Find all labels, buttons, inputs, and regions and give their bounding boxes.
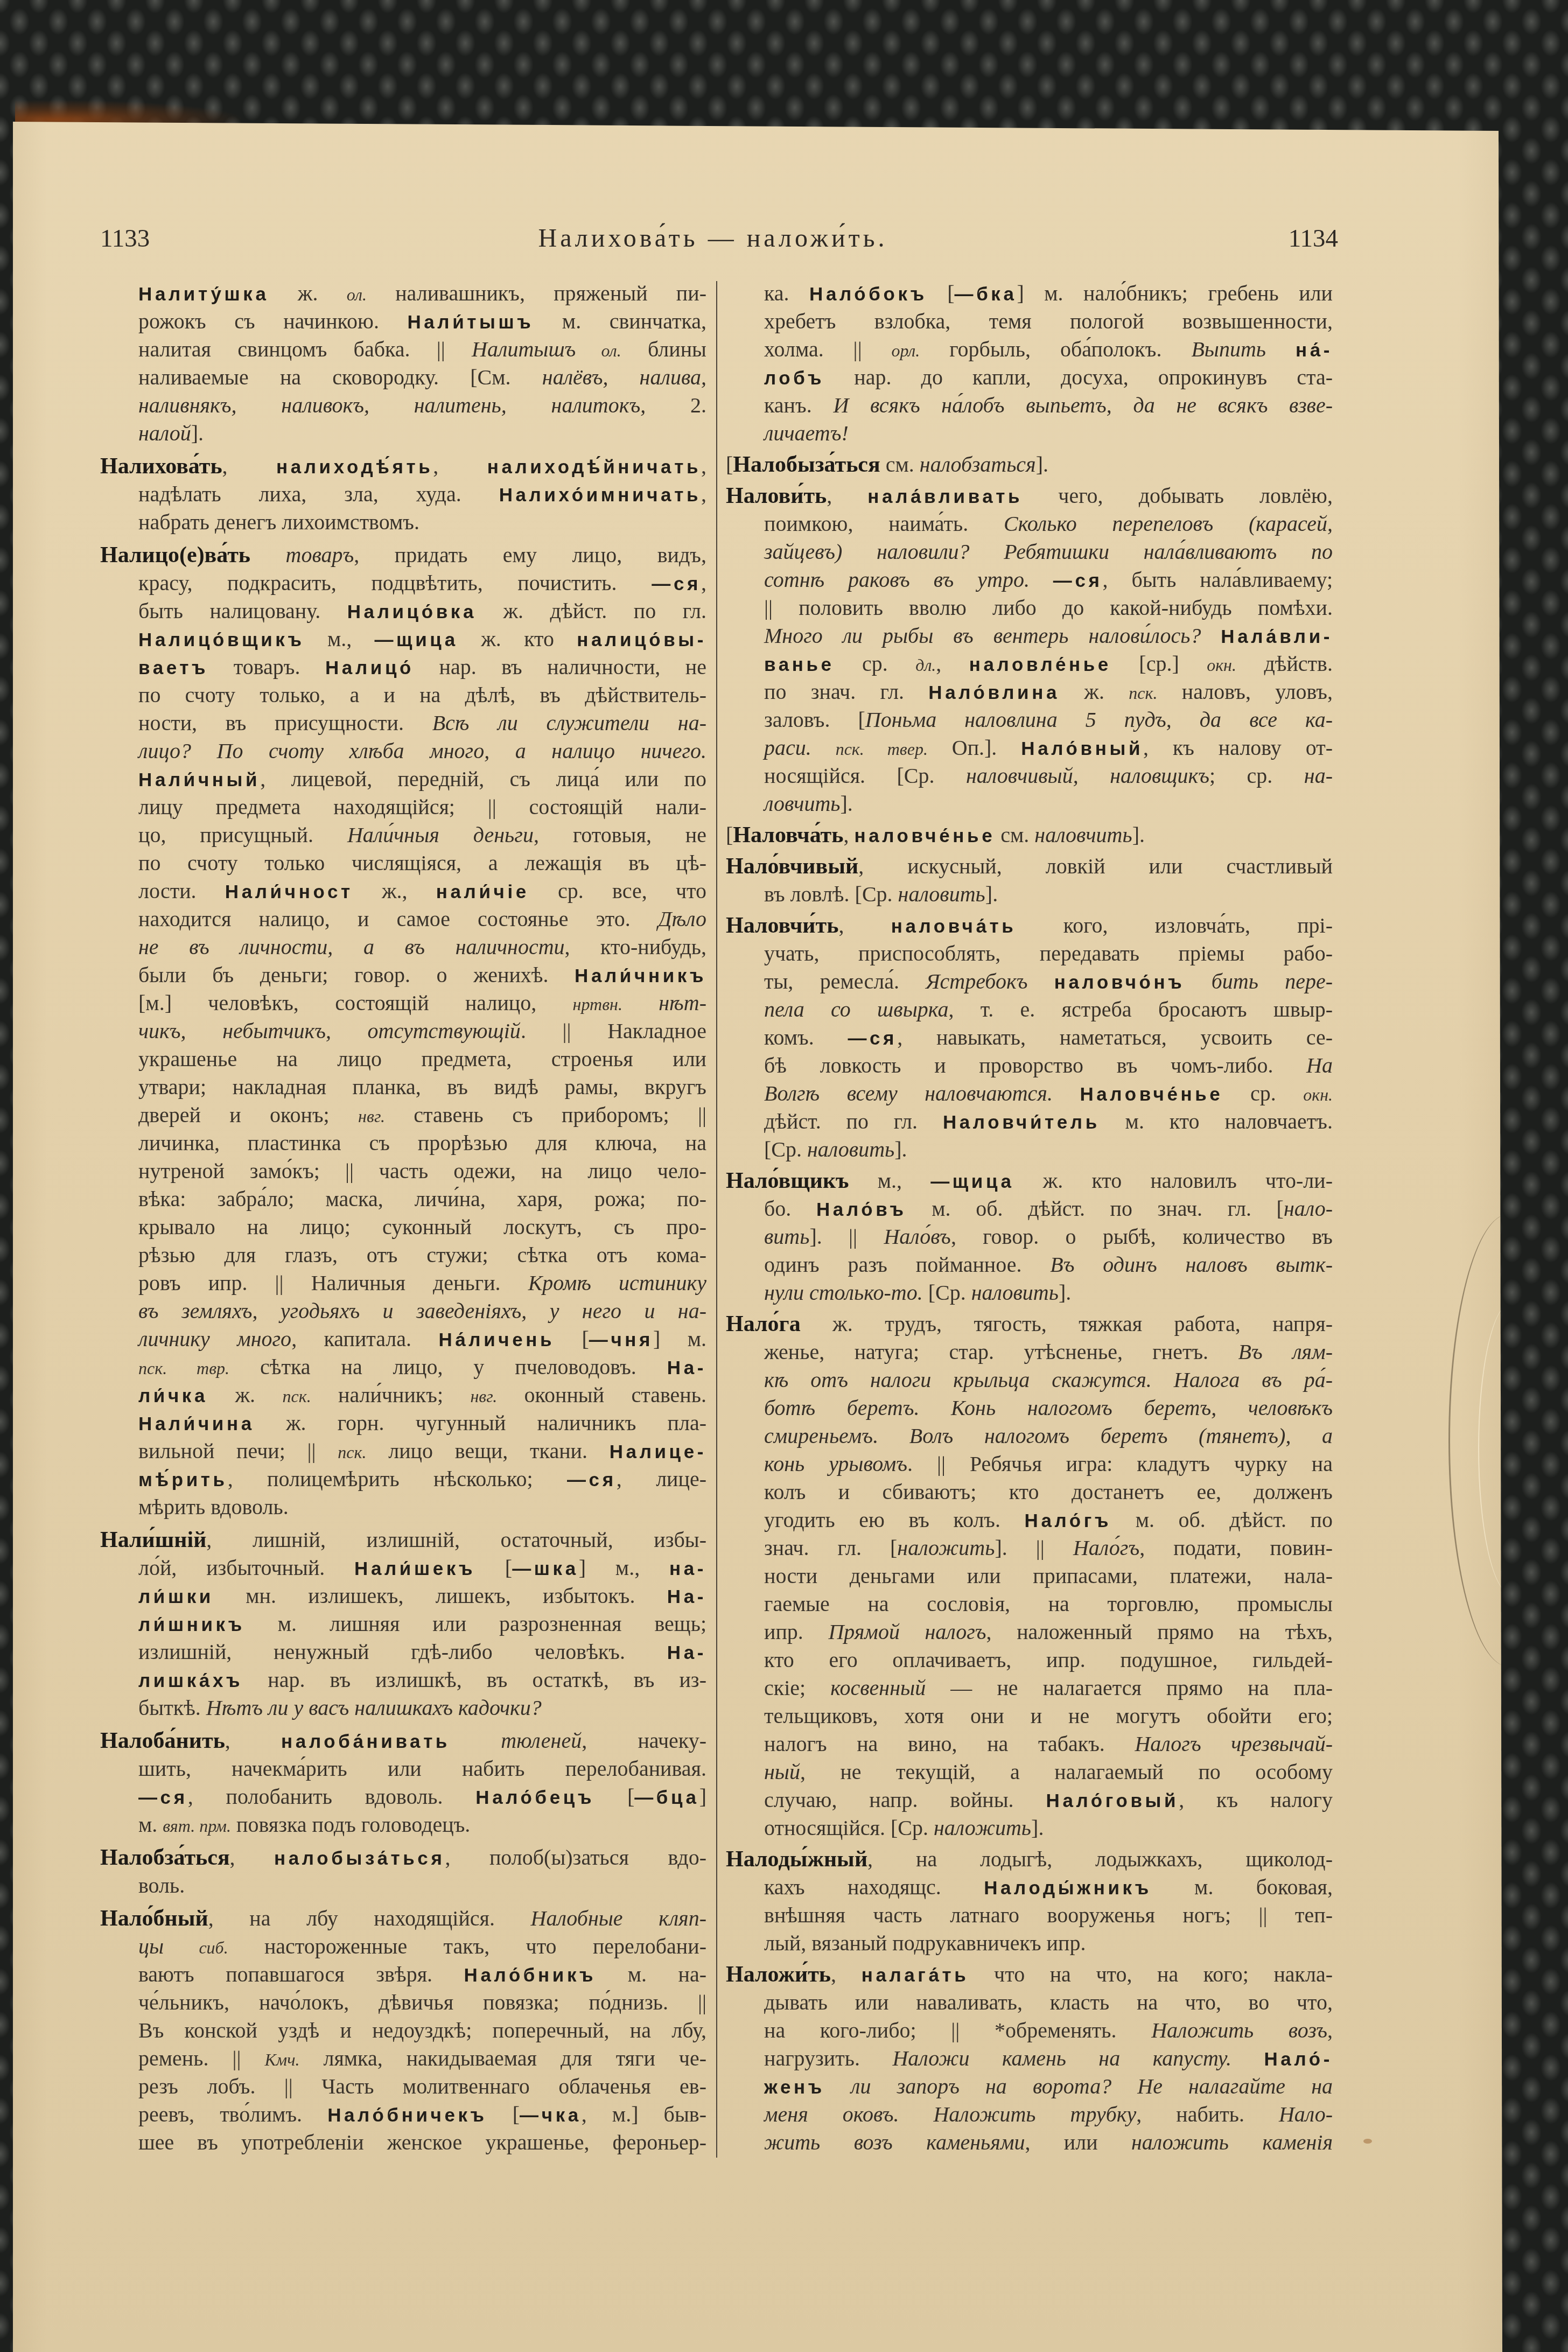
headword: Налоба́нить — [100, 1728, 225, 1753]
sub-headword: Нало́гъ — [1025, 1510, 1112, 1531]
italic-text: бить пере- — [1212, 969, 1333, 993]
text-line: налогъ на вино, на табакъ. Налогъ чрезвы… — [726, 1730, 1333, 1758]
text-line: сотнѣ раковъ въ утро. —ся, быть нала́вли… — [726, 566, 1333, 594]
body-text: , — [701, 482, 706, 506]
italic-text: Налобные кляп- — [531, 1906, 706, 1930]
sub-headword: лишка́хъ — [138, 1670, 243, 1691]
body-text: . || Ребячья игра: кладутъ чурку на — [907, 1452, 1333, 1476]
body-text: тельщиковъ, хотя они и не могутъ обойти … — [764, 1704, 1333, 1728]
text-line: [м.] человѣкъ, состоящій налицо, нртвн. … — [100, 989, 706, 1017]
body-text: ремень. || — [138, 2046, 264, 2070]
text-line: по счоту только, а и на дѣлѣ, въ дѣйстви… — [100, 681, 706, 709]
italic-text: меня оковъ. Наложить трубку — [764, 2102, 1136, 2126]
body-text: повязка подъ головодецъ. — [231, 1812, 470, 1837]
text-line: ка. Нало́бокъ [—бка] м. нало́бникъ; греб… — [726, 279, 1333, 307]
text-line: конь урывомъ. || Ребячья игра: кладутъ ч… — [726, 1450, 1333, 1478]
text-line: колъ и сбиваютъ; кто достанетъ ее, долже… — [726, 1478, 1333, 1506]
sub-headword: налиходѣ́ять — [276, 457, 433, 478]
italic-text: Выпить — [1191, 337, 1266, 361]
body-text: м. на- — [596, 1962, 706, 1986]
text-line: дверей и оконъ; нвг. ставень съ прибором… — [100, 1101, 706, 1129]
sub-headword: налиходѣ́йничать — [487, 457, 701, 478]
body-text: ставень съ приборомъ; || — [385, 1103, 706, 1127]
text-line: Нало́бный, на лбу находящійся. Налобные … — [100, 1905, 706, 1933]
sub-headword: Нало́бокъ — [809, 284, 927, 305]
body-text: , подати, повин- — [1139, 1536, 1333, 1560]
text-line: личинка, пластинка съ прорѣзью для ключа… — [100, 1129, 706, 1157]
body-text: ж. — [1060, 680, 1129, 704]
abbreviation: пск. твер. — [836, 739, 928, 759]
body-text: знач. гл. [ — [764, 1536, 897, 1560]
text-line: были бъ деньги; говор. о женихѣ. Нали́чн… — [100, 961, 706, 989]
text-line: по счоту только числящіяся, а лежащія въ… — [100, 849, 706, 877]
text-line: относящійся. [Ср. наложить]. — [726, 1814, 1333, 1842]
body-text — [1231, 2046, 1264, 2070]
sub-headword: —щица — [930, 1171, 1014, 1192]
text-line: Нали́чина ж. горн. чугунный наличникъ пл… — [100, 1409, 706, 1437]
dictionary-entry: Наловчи́ть, наловча́ть кого, изловча́ть,… — [726, 912, 1333, 1164]
body-text: въ ловлѣ. [Ср. — [764, 882, 898, 906]
dictionary-entry: [Налобыза́ться см. налобзаться]. — [726, 451, 1333, 479]
sub-headword: —ся — [138, 1787, 188, 1808]
body-text: ]. — [191, 421, 204, 445]
column-divider — [716, 281, 717, 2158]
text-line: Налоды́жный, на лодыгѣ, лодыжкахъ, щикол… — [726, 1845, 1333, 1873]
text-line: шее въ употребленіи женское украшенье, ф… — [100, 2129, 706, 2157]
text-line: Много ли рыбы въ вентерь налови́лось? На… — [726, 622, 1333, 650]
text-line: ванье ср. дл., наловле́нье [ср.] окн. дѣ… — [726, 650, 1333, 678]
body-text: относящійся. [Ср. — [764, 1816, 934, 1840]
body-text: дѣйств. — [1236, 652, 1333, 676]
body-text: см. — [995, 823, 1034, 847]
body-text — [811, 736, 836, 760]
italic-text: налобзаться — [920, 452, 1036, 477]
body-text: — не налагается прямо на пла- — [926, 1676, 1333, 1700]
text-line: лишка́хъ нар. въ излишкѣ, въ остаткѣ, въ… — [100, 1666, 706, 1694]
text-line: на кого-либо; || *обременять. Наложить в… — [726, 2017, 1333, 2045]
italic-text: вить — [764, 1224, 809, 1249]
text-line: комъ. —ся, навыкать, наметаться, усвоить… — [726, 1024, 1333, 1052]
italic-text: сотнѣ раковъ въ утро. — [764, 568, 1030, 592]
italic-text: Нало́гъ — [1073, 1536, 1139, 1560]
body-text: наливашникъ, пряженый пи- — [367, 281, 706, 305]
body-text: ]. — [1059, 1280, 1071, 1305]
body-text: мн. излишекъ, лишекъ, избытокъ. — [214, 1584, 667, 1608]
abbreviation: окн. — [1207, 655, 1236, 675]
text-line: ли́шки мн. излишекъ, лишекъ, избытокъ. Н… — [100, 1582, 706, 1610]
italic-text: ный — [764, 1760, 800, 1784]
body-text: м. — [138, 1812, 163, 1837]
text-line: Налиту́шка ж. ол. наливашникъ, пряженый … — [100, 279, 706, 307]
body-text: , — [936, 652, 969, 676]
dictionary-entry: Налови́ть, нала́вливать чего, добывать л… — [726, 482, 1333, 818]
body-text: лицо вещи, ткани. — [367, 1439, 610, 1463]
body-text: излишній, ненужный гдѣ-либо человѣкъ. — [138, 1640, 667, 1664]
italic-text: лицо? По счоту хлѣба много, а налицо нич… — [138, 739, 706, 763]
body-text: ] м., — [579, 1556, 669, 1580]
page-crease-highlight — [1478, 1303, 1544, 1594]
text-line: [Налобыза́ться см. налобзаться]. — [726, 451, 1333, 479]
body-text: [Ср. — [923, 1280, 971, 1305]
sub-headword: —ся — [848, 1028, 897, 1049]
text-line: знач. гл. [наложить]. || Нало́гъ, подати… — [726, 1534, 1333, 1562]
text-line: надѣлать лиха, зла, худа. Налихо́имничат… — [100, 480, 706, 508]
text-line: нагрузить. Наложи камень на капусту. Нал… — [726, 2045, 1333, 2073]
text-line: дѣйст. по гл. Наловчи́тель м. кто наловч… — [726, 1108, 1333, 1136]
body-text: , не текущій, а налагаемый по особому — [800, 1760, 1333, 1784]
text-line: ботѣ беретъ. Конь налогомъ беретъ, челов… — [726, 1394, 1333, 1422]
text-line: Налицо́вщикъ м., —щица ж. кто налицо́вы- — [100, 625, 706, 653]
body-text: ж. — [269, 281, 347, 305]
text-line: резъ лобъ. || Часть молитвеннаго облачен… — [100, 2073, 706, 2101]
text-line: быткѣ. Нѣтъ ли у васъ налишкахъ кадочки? — [100, 1694, 706, 1722]
body-text: Въ конской уздѣ и недоуздкѣ; поперечный,… — [138, 2018, 706, 2042]
body-text: нали́чникъ; — [311, 1383, 471, 1407]
body-text: мѣрить вдоволь. — [138, 1495, 289, 1519]
sub-headword: мѣ́рить — [138, 1469, 228, 1490]
body-text: ] — [699, 1784, 706, 1809]
sub-headword: Налицо́вщикъ — [138, 629, 305, 650]
text-line: Нали́шній, лишній, излишній, остаточный,… — [100, 1526, 706, 1554]
text-line: пела со швырка, т. е. ястреба бросаютъ ш… — [726, 996, 1333, 1024]
italic-text: наловчивый, наловщикъ — [966, 764, 1209, 788]
body-text: ж. кто наловилъ что-ли- — [1014, 1168, 1333, 1193]
italic-text: пела со швырка — [764, 997, 948, 1021]
body-text: ]. — [1031, 1816, 1044, 1840]
text-line: быть налицовану. Налицо́вка ж. дѣйст. по… — [100, 597, 706, 625]
text-line: меня оковъ. Наложить трубку, набить. Нал… — [726, 2101, 1333, 2129]
sub-headword: женъ — [764, 2077, 825, 2098]
sub-headword: Нало́бничекъ — [327, 2105, 487, 2126]
text-line: [Наловча́ть, наловче́нье см. наловчить]. — [726, 821, 1333, 849]
text-line: рѣзью для глазъ, отъ стужи; сѣтка отъ ко… — [100, 1241, 706, 1269]
italic-text: личаетъ! — [764, 421, 849, 445]
left-column: Налиту́шка ж. ол. наливашникъ, пряженый … — [100, 279, 706, 2157]
body-text: реевъ, тво́лимъ. — [138, 2102, 327, 2126]
body-text — [1027, 969, 1054, 993]
body-text: случаю, напр. войны. — [764, 1788, 1046, 1812]
body-text: , начеку- — [582, 1728, 706, 1753]
body-text: [ — [555, 1327, 589, 1351]
text-line: Налицо(е)ва́ть товаръ, придать ему лицо,… — [100, 541, 706, 569]
italic-text: цы — [138, 1934, 164, 1958]
text-line: красу, подкрасить, подцвѣтить, почистить… — [100, 569, 706, 597]
body-text: ваютъ попавшагося звѣря. — [138, 1962, 464, 1986]
text-line: тельщиковъ, хотя они и не могутъ обойти … — [726, 1702, 1333, 1730]
sub-headword: —ся — [567, 1469, 617, 1490]
body-text: личинка, пластинка съ прорѣзью для ключа… — [138, 1131, 706, 1155]
body-text: лямка, накидываемая для тяги че- — [299, 2046, 706, 2070]
italic-text: Поньма наловлина 5 пудъ, да все ка- — [865, 708, 1333, 732]
body-text: , — [230, 1845, 274, 1870]
text-line: случаю, напр. войны. Нало́говый, къ нало… — [726, 1786, 1333, 1814]
text-line: рожокъ съ начинкою. Нали́тышъ м. свинчат… — [100, 307, 706, 335]
text-line: въ земляхъ, угодьяхъ и заведеніяхъ, у не… — [100, 1297, 706, 1325]
body-text: резъ лобъ. || Часть молитвеннаго облачен… — [138, 2074, 706, 2098]
text-line: личаетъ! — [726, 419, 1333, 447]
text-line: || половить вволю либо до какой-нибудь п… — [726, 594, 1333, 622]
sub-headword: Нали́чникъ — [575, 965, 706, 986]
text-line: че́льникъ, начо́локъ, дѣвичья повязка; п… — [100, 1989, 706, 2017]
body-text: настороженные такъ, что перелобани- — [228, 1934, 706, 1958]
body-text: скіе; — [764, 1676, 830, 1700]
body-text: по знач. гл. — [764, 680, 928, 704]
body-text: ]. — [1132, 823, 1145, 847]
page-number-right: 1134 — [1289, 225, 1338, 252]
text-line: цо, присущный. Нали́чныя деньги, готовыя… — [100, 821, 706, 849]
sub-headword: ли́чка — [138, 1385, 208, 1406]
italic-text: наложить каменія — [1131, 2130, 1333, 2154]
body-text: м. свинчатка, — [534, 309, 706, 333]
body-text: , къ налогу — [1179, 1788, 1333, 1812]
body-text: , искусный, ловкій или счастливый — [858, 854, 1333, 878]
body-text: ]. || — [995, 1536, 1073, 1560]
text-line: чикъ, небытчикъ, отсутствующій. || Накла… — [100, 1017, 706, 1045]
sub-headword: Нало́- — [1264, 2049, 1333, 2070]
body-text: нар. до капли, досуха, опрокинувъ ста- — [824, 365, 1333, 389]
body-text: поимкою, наима́ть. — [764, 512, 1004, 536]
sub-headword: Налицо́вка — [347, 601, 477, 622]
body-text: , — [701, 571, 706, 595]
running-title: Налихова́ть — наложи́ть. — [498, 225, 928, 252]
body-text: [ — [927, 281, 955, 305]
italic-text: Нало- — [1279, 2102, 1333, 2126]
text-line: Волгѣ всему наловчаются. Наловче́нье ср.… — [726, 1080, 1333, 1108]
body-text: нагрузить. — [764, 2046, 892, 2070]
text-line: зайцевъ) наловили? Ребятишки нала́вливаю… — [726, 538, 1333, 566]
sub-headword: Налице- — [610, 1441, 706, 1462]
body-text: , — [433, 454, 487, 478]
body-text: находится налицо, и самое состоянье это. — [138, 907, 658, 931]
body-text: ж. — [208, 1383, 282, 1407]
body-text: ] м. — [653, 1327, 706, 1351]
body-text: вѣка: забра́ло; маска, личи́на, харя, ро… — [138, 1187, 706, 1211]
italic-text: наловчить — [1034, 823, 1132, 847]
italic-text: чикъ, небытчикъ, отсутствующій — [138, 1019, 521, 1043]
sub-headword: Налиту́шка — [138, 284, 269, 305]
body-text: , наложенный прямо на тѣхъ, — [986, 1620, 1333, 1644]
body-text: , на лбу находящійся. — [208, 1906, 531, 1930]
body-text: , къ налову от- — [1143, 736, 1333, 760]
italic-text: жить возъ каменьями — [764, 2130, 1025, 2154]
italic-text: тюленей — [501, 1728, 582, 1753]
body-text: , на лодыгѣ, лодыжкахъ, щиколод- — [867, 1847, 1333, 1871]
text-line: вѣка: забра́ло; маска, личи́на, харя, ро… — [100, 1185, 706, 1213]
text-line: ности деньгами или припасами, платежи, н… — [726, 1562, 1333, 1590]
body-text: горбыль, оба́полокъ. — [920, 337, 1191, 361]
italic-text: нѣт- — [659, 991, 706, 1015]
sub-headword: Наловчи́тель — [943, 1112, 1100, 1133]
abbreviation: окн. — [1303, 1085, 1333, 1104]
text-line: вить]. || Нало́въ, говор. о рыбѣ, количе… — [726, 1223, 1333, 1251]
body-text: холма. || — [764, 337, 892, 361]
body-text — [1030, 568, 1053, 592]
abbreviation: Кмч. — [264, 2050, 299, 2069]
body-text — [1053, 1081, 1080, 1105]
text-line: бѣ ловкость и проворство въ чомъ-либо. Н… — [726, 1052, 1333, 1080]
text-line: ло́й, избыточный. Нали́шекъ [—шка] м., н… — [100, 1554, 706, 1582]
headword: Нало́бный — [100, 1906, 208, 1931]
italic-text: Наложить возъ — [1151, 2018, 1327, 2042]
body-text: нутреной замо́къ; || часть одежи, на лиц… — [138, 1159, 706, 1183]
italic-text: Ястребокъ — [926, 969, 1027, 993]
body-text: , или — [1025, 2130, 1131, 2154]
body-text — [1266, 337, 1296, 361]
body-text: гаемые на сословія, на торговлю, промысл… — [764, 1592, 1333, 1616]
body-text: , кто-нибудь, — [565, 935, 706, 959]
text-line: Нало́га ж. трудъ, тягость, тяжкая работа… — [726, 1310, 1333, 1338]
text-line: украшенье на лицо предмета, строенья или — [100, 1045, 706, 1073]
body-text: [ — [726, 823, 733, 847]
body-text: , лице- — [617, 1467, 706, 1491]
sub-headword: Нало́влина — [928, 682, 1060, 703]
text-line: по знач. гл. Нало́влина ж. пск. наловъ, … — [726, 678, 1333, 706]
text-line: Наловчи́ть, наловча́ть кого, изловча́ть,… — [726, 912, 1333, 940]
body-text: [м.] человѣкъ, состоящій налицо, — [138, 991, 573, 1015]
body-text: ж. кто — [458, 627, 577, 651]
text-line: угодить ею въ колъ. Нало́гъ м. об. дѣйст… — [726, 1506, 1333, 1534]
body-text: бѣ ловкость и проворство въ чомъ-либо. — [764, 1053, 1306, 1077]
body-text: цо, присущный. — [138, 823, 347, 847]
body-text: , — [225, 1728, 281, 1753]
italic-text: Налогъ чрезвычай- — [1135, 1732, 1333, 1756]
headword: Налови́ть — [726, 484, 827, 508]
sub-headword: Нало́бникъ — [464, 1965, 597, 1986]
abbreviation: пск. твр. — [138, 1359, 229, 1378]
body-text: утвари; накладная планка, въ видѣ рамы, … — [138, 1075, 706, 1099]
body-text: , быть нала́вливаему; — [1103, 568, 1333, 592]
sub-headword: Нали́чный — [138, 769, 260, 790]
abbreviation: пск. — [1129, 683, 1157, 703]
text-line: лости. Нали́чност ж., нали́чіе ср. все, … — [100, 877, 706, 905]
italic-text: наложить — [934, 1816, 1031, 1840]
sub-headword: —чня — [589, 1329, 653, 1350]
text-line: пск. твр. сѣтка на лицо, у пчеловодовъ. … — [100, 1353, 706, 1381]
body-text: кахъ находящс. — [764, 1875, 984, 1899]
body-text: м. об. дѣйст. по знач. гл. [ — [907, 1196, 1284, 1221]
body-text: м., — [305, 627, 375, 651]
dictionary-entry: Нало́вчивый, искусный, ловкій или счастл… — [726, 852, 1333, 908]
body-text: чего, добывать ловлёю, — [1023, 484, 1333, 508]
body-text: ] м. нало́бникъ; гребень или — [1017, 281, 1333, 305]
text-line: скіе; косвенный — не налагается прямо на… — [726, 1674, 1333, 1702]
text-line: смиреньемъ. Волъ налогомъ беретъ (тянетъ… — [726, 1422, 1333, 1450]
dictionary-entry: Наложи́ть, налага́ть что на что, на кого… — [726, 1961, 1333, 2157]
body-text: бо. — [764, 1196, 816, 1221]
body-text: , набить. — [1136, 2102, 1279, 2126]
body-text: ]. — [840, 792, 852, 816]
text-line: мѣрить вдоволь. — [100, 1493, 706, 1521]
sub-headword: Нали́чина — [138, 1413, 255, 1434]
text-line: нутреной замо́къ; || часть одежи, на лиц… — [100, 1157, 706, 1185]
italic-text: смиреньемъ. Волъ налогомъ беретъ (тянетъ… — [764, 1424, 1333, 1448]
sub-headword: Наловче́нье — [1080, 1084, 1223, 1105]
italic-text: наловить — [971, 1280, 1059, 1305]
body-text: ипр. — [764, 1620, 828, 1644]
text-line: нули столько-то. [Ср. наловить]. — [726, 1279, 1333, 1307]
text-line: Въ конской уздѣ и недоуздкѣ; поперечный,… — [100, 2017, 706, 2045]
headword: Наловчи́ть — [726, 913, 838, 938]
headword: Налицо(е)ва́ть — [100, 543, 250, 568]
text-line: ремень. || Кмч. лямка, накидываемая для … — [100, 2045, 706, 2073]
sub-headword: налицо́вы- — [577, 629, 706, 650]
text-line: ловчить]. — [726, 790, 1333, 818]
text-line: набрать денегъ лихоимствомъ. — [100, 508, 706, 536]
body-text: дѣйст. по гл. — [764, 1109, 943, 1133]
dictionary-entry: Налоба́нить, налоба́нивать тюленей, наче… — [100, 1727, 706, 1839]
italic-text: Въ лям- — [1238, 1340, 1333, 1364]
sub-headword: —чка — [520, 2105, 582, 2126]
sub-headword: —шка — [512, 1558, 579, 1579]
text-line: ты, ремесла́. Ястребокъ наловчо́нъ бить … — [726, 968, 1333, 996]
headword: Налоды́жный — [726, 1847, 867, 1872]
body-text: [Ср. — [764, 1137, 807, 1161]
italic-text: Волгѣ всему наловчаются. — [764, 1081, 1053, 1105]
text-line: кѣ отъ налоги крыльца скажутся. Налога в… — [726, 1366, 1333, 1394]
sub-headword: Налоды́жникъ — [984, 1878, 1152, 1899]
italic-text: нало- — [1284, 1196, 1333, 1221]
body-text: рѣзью для глазъ, отъ стужи; сѣтка отъ ко… — [138, 1243, 706, 1267]
body-text: быткѣ. — [138, 1696, 206, 1720]
italic-text: ботѣ беретъ. Конь налогомъ беретъ, челов… — [764, 1396, 1333, 1420]
body-text: на кого-либо; || *обременять. — [764, 2018, 1151, 2042]
body-text: , — [838, 913, 891, 937]
body-text: , — [843, 823, 854, 847]
text-line: ли́чка ж. пск. нали́чникъ; нвг. оконный … — [100, 1381, 706, 1409]
abbreviation: дл. — [915, 655, 936, 675]
body-text: ж. дѣйст. по гл. — [477, 599, 706, 623]
text-line: жить возъ каменьями, или наложить камені… — [726, 2129, 1333, 2157]
body-text: нар. въ наличности, не — [414, 655, 706, 679]
body-text: нар. въ излишкѣ, въ остаткѣ, въ из- — [243, 1668, 706, 1692]
body-text: , лишній, излишній, остаточный, избы- — [206, 1528, 706, 1552]
body-text: шее въ употребленіи женское украшенье, ф… — [138, 2130, 706, 2154]
text-line: ваютъ попавшагося звѣря. Нало́бникъ м. н… — [100, 1961, 706, 1989]
body-text: женье, натуга; стар. утѣсненье, гнетъ. — [764, 1340, 1238, 1364]
sub-headword: налага́ть — [862, 1965, 969, 1986]
italic-text: Прямой налогъ — [828, 1620, 986, 1644]
sub-headword: —ся — [1053, 570, 1103, 591]
text-line: холма. || орл. горбыль, оба́полокъ. Выпи… — [726, 335, 1333, 363]
sub-headword: ли́шникъ — [138, 1614, 245, 1635]
text-line: лицу предмета находящійся; || состоящій … — [100, 793, 706, 821]
body-text: красу, подкрасить, подцвѣтить, почистить… — [138, 571, 652, 595]
dictionary-entry: Налоды́жный, на лодыгѣ, лодыжкахъ, щикол… — [726, 1845, 1333, 1957]
text-line: женье, натуга; стар. утѣсненье, гнетъ. В… — [726, 1338, 1333, 1366]
body-text: налогъ на вино, на табакъ. — [764, 1732, 1135, 1756]
body-text: набрать денегъ лихоимствомъ. — [138, 510, 419, 534]
sub-headword: Нала́вли- — [1221, 626, 1333, 647]
text-line: поимкою, наима́ть. Сколько перепеловъ (к… — [726, 510, 1333, 538]
abbreviation: пск. — [282, 1387, 311, 1406]
body-text: носящійся. [Ср. — [764, 764, 966, 788]
body-text: наловъ, уловъ, — [1158, 680, 1333, 704]
italic-text: не въ личности, а въ наличности — [138, 935, 565, 959]
text-line: м. вят. прм. повязка подъ головодецъ. — [100, 1811, 706, 1839]
headword: Налобыза́ться — [733, 452, 880, 477]
sub-headword: На́личень — [438, 1329, 555, 1350]
text-line: внѣшняя часть латнаго вооруженья ногъ; |… — [726, 1901, 1333, 1929]
sub-headword: нала́вливать — [867, 486, 1023, 507]
italic-text: Всѣ ли служители на- — [432, 711, 706, 735]
paper-spot — [1363, 2139, 1372, 2144]
dictionary-entry: [Наловча́ть, наловче́нье см. наловчить]. — [726, 821, 1333, 849]
abbreviation: ол. — [347, 285, 367, 304]
body-text: , м.] быв- — [582, 2102, 706, 2126]
body-text: , говор. о рыбѣ, количество въ — [951, 1224, 1333, 1249]
body-text: см. — [880, 452, 920, 477]
body-text: наливаемые на сковородку. [См. — [138, 365, 542, 389]
